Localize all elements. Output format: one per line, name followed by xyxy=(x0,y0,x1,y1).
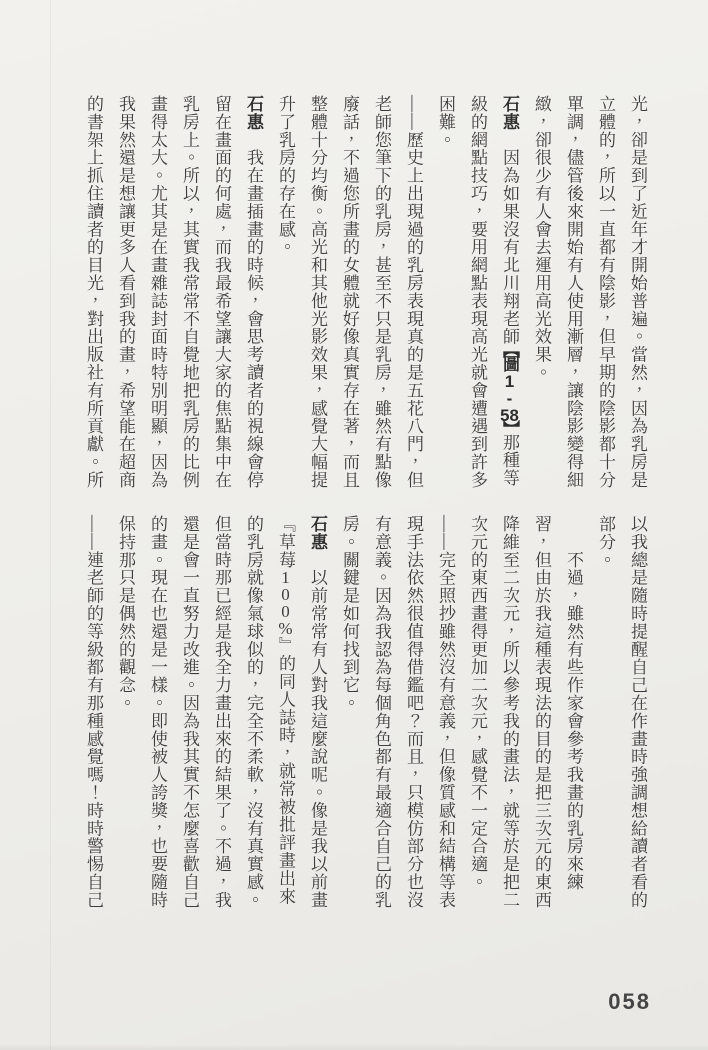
paragraph: 不過，雖然有些作家會參考我畫的乳房來練習，但由於我這種表現法的目的是把三次元的東… xyxy=(461,515,589,909)
text-column: 石惠 我在畫插畫的時候，會思考讀者的視線會停 xyxy=(237,95,269,489)
text-column: 還是會一直努力改進。因為我其實不怎麼喜歡自己 xyxy=(173,515,205,909)
paragraph: 石惠 以前常常有人對我這麼說呢。像是我以前畫『草莓100%』的同人誌時，就常被批… xyxy=(109,515,333,909)
text-column: 升了乳房的存在感。 xyxy=(269,95,301,489)
text-column: 石惠 因為如果沒有北川翔老師【圖1-58】那種等 xyxy=(493,95,525,489)
paragraph: 石惠 我在畫插畫的時候，會思考讀者的視線會停留在畫面的何處，而我最希望讓大家的焦… xyxy=(77,95,269,489)
text-column: 立體的，所以一直都有陰影，但早期的陰影都十分 xyxy=(589,95,621,489)
text-column: 乳房上。所以，其實我常常不自覺地把乳房的比例 xyxy=(173,95,205,489)
text-column: 次元的東西畫得更加二次元，感覺不一定合適。 xyxy=(461,515,493,909)
text-column: ——完全照抄雖然沒有意義，但像質感和結構等表 xyxy=(429,515,461,909)
text-column: 的畫。現在也還是一樣。即使被人誇獎，也要隨時 xyxy=(141,515,173,909)
text-column: 但當時那已經是我全力畫出來的結果了。不過，我 xyxy=(205,515,237,909)
text-column: 降維至二次元，所以參考我的畫法，就等於是把二 xyxy=(493,515,525,909)
text-column: 留在畫面的何處，而我最希望讓大家的焦點集中在 xyxy=(205,95,237,489)
paragraph: 石惠 因為如果沒有北川翔老師【圖1-58】那種等級的網點技巧，要用網點表現高光就… xyxy=(429,95,525,489)
page-number: 058 xyxy=(608,989,651,1015)
text-column: 有意義。因為我認為每個角色都有最適合自己的乳 xyxy=(365,515,397,909)
text-column: 整體十分均衡。高光和其他光影效果，感覺大幅提 xyxy=(301,95,333,489)
text-column: 『草莓100%』的同人誌時，就常被批評畫出來 xyxy=(269,515,301,909)
text-column: 緻，卻很少有人會去運用高光效果。 xyxy=(525,95,557,489)
paragraph: ——歷史上出現過的乳房表現真的是五花八門，但老師您筆下的乳房，甚至不只是乳房，雖… xyxy=(269,95,429,489)
text-column: 的乳房就像氣球似的，完全不柔軟，沒有真實感。 xyxy=(237,515,269,909)
text-column: 以我總是隨時提醒自己在作畫時強調想給讀者看的 xyxy=(621,515,653,909)
book-page: { "page": { "number": "058", "background… xyxy=(0,0,708,1050)
page-gutter-line xyxy=(50,0,51,1050)
text-column: 習，但由於我這種表現法的目的是把三次元的東西 xyxy=(525,515,557,909)
text-column: 廢話，不過您所畫的女體就好像真實存在著，而且 xyxy=(333,95,365,489)
paragraph: ——連老師的等級都有那種感覺嗎！時時警惕自己 xyxy=(77,515,109,909)
upper-text-block: 光，卻是到了近年才開始普遍。當然，因為乳房是立體的，所以一直都有陰影，但早期的陰… xyxy=(77,95,653,489)
text-column: 級的網點技巧，要用網點表現高光就會遭遇到許多 xyxy=(461,95,493,489)
text-column: 畫得太大。尤其是在畫雜誌封面時特別明顯，因為 xyxy=(141,95,173,489)
paragraph: 光，卻是到了近年才開始普遍。當然，因為乳房是立體的，所以一直都有陰影，但早期的陰… xyxy=(525,95,653,489)
paragraph: ——完全照抄雖然沒有意義，但像質感和結構等表現手法依然很值得借鑑吧？而且，只模仿… xyxy=(333,515,461,909)
text-column: 困難。 xyxy=(429,95,461,489)
text-column: 現手法依然很值得借鑑吧？而且，只模仿部分也沒 xyxy=(397,515,429,909)
paragraph: 以我總是隨時提醒自己在作畫時強調想給讀者看的部分。 xyxy=(589,515,653,909)
text-column: 單調，儘管後來開始有人使用漸層，讓陰影變得細 xyxy=(557,95,589,489)
text-column: 不過，雖然有些作家會參考我畫的乳房來練 xyxy=(557,515,589,909)
text-column: 的書架上抓住讀者的目光，對出版社有所貢獻。所 xyxy=(77,95,109,489)
text-column: 光，卻是到了近年才開始普遍。當然，因為乳房是 xyxy=(621,95,653,489)
text-column: 保持那只是偶然的觀念。 xyxy=(109,515,141,909)
text-column: ——連老師的等級都有那種感覺嗎！時時警惕自己 xyxy=(77,515,109,909)
lower-text-block: 以我總是隨時提醒自己在作畫時強調想給讀者看的部分。 不過，雖然有些作家會參考我畫… xyxy=(77,515,653,909)
text-column: 房。關鍵是如何找到它。 xyxy=(333,515,365,909)
text-column: 石惠 以前常常有人對我這麼說呢。像是我以前畫 xyxy=(301,515,333,909)
text-column: 部分。 xyxy=(589,515,621,909)
text-column: ——歷史上出現過的乳房表現真的是五花八門，但 xyxy=(397,95,429,489)
page-bottom-edge xyxy=(0,1044,708,1050)
text-column: 老師您筆下的乳房，甚至不只是乳房，雖然有點像 xyxy=(365,95,397,489)
text-column: 我果然還是想讓更多人看到我的畫，希望能在超商 xyxy=(109,95,141,489)
